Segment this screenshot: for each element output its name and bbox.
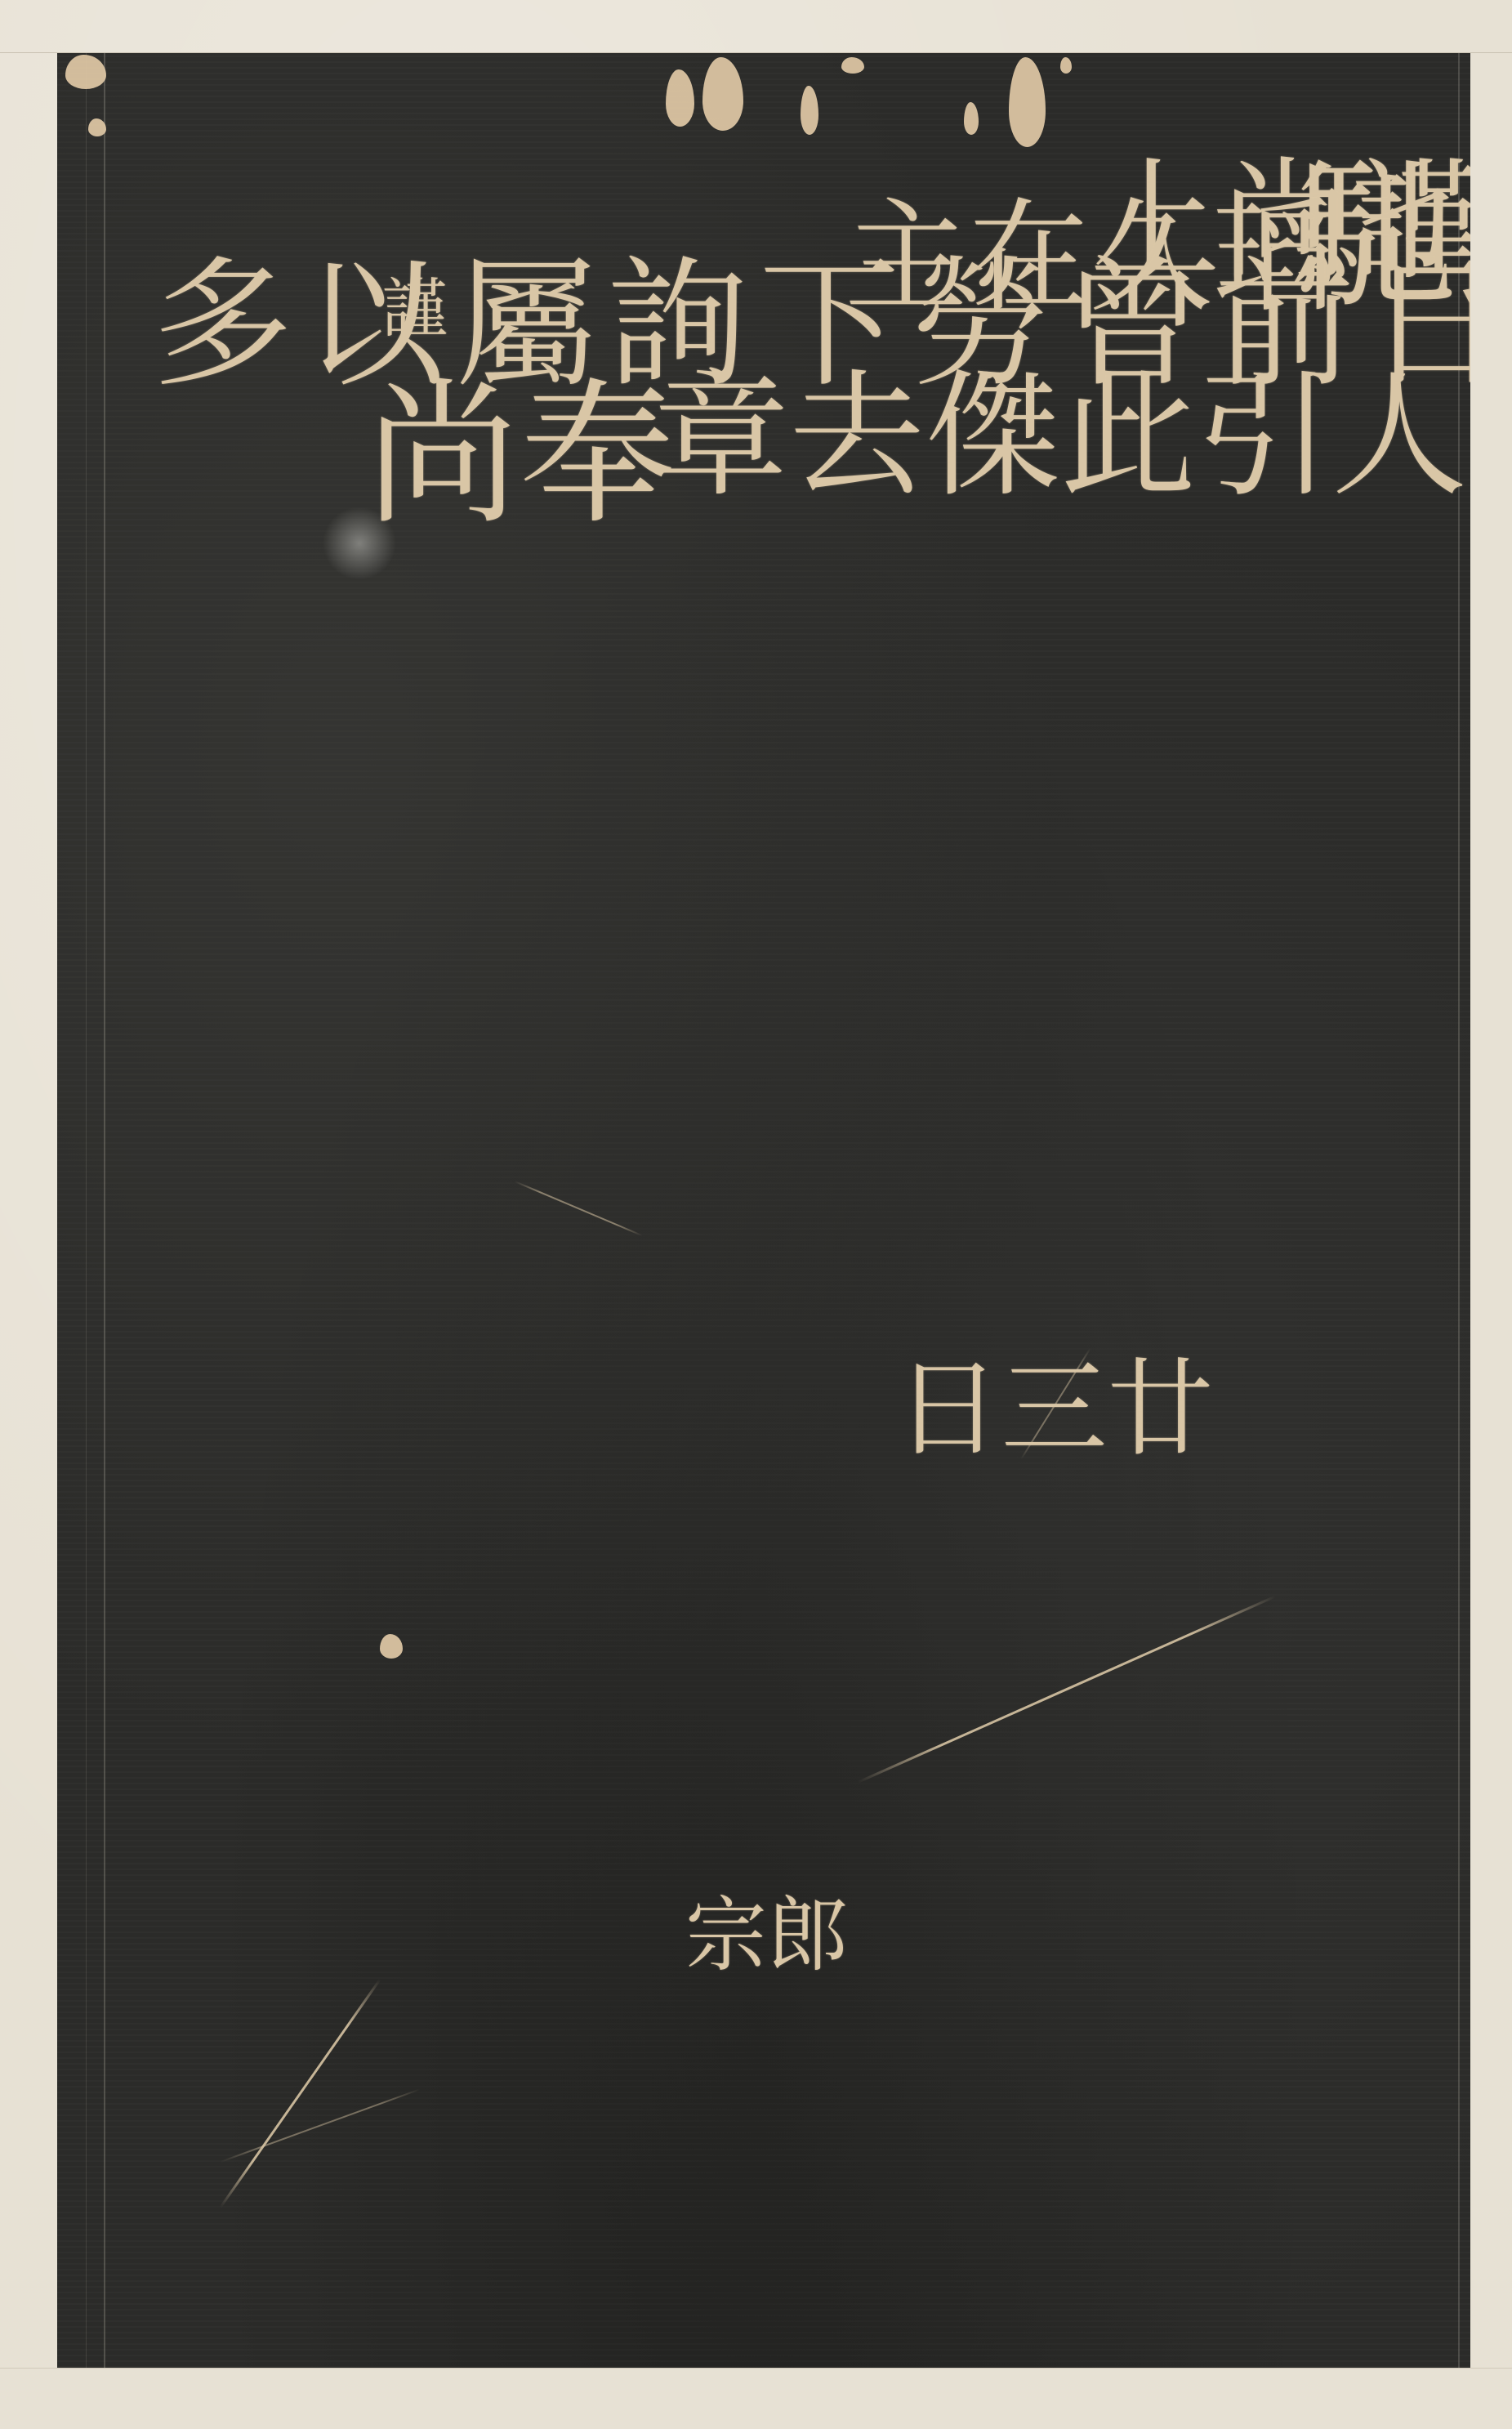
mount-edge-bottom xyxy=(0,2368,1512,2369)
panel-seam-outer xyxy=(86,53,87,2368)
wear-spot xyxy=(666,69,694,127)
wear-spot xyxy=(801,86,818,135)
wear-spot xyxy=(380,1634,403,1659)
character: 曾 xyxy=(1046,249,1198,390)
wear-spot xyxy=(1060,57,1072,74)
text-column-6: 三 君 數 日 前 曾 勞 下 詢 屬 以 多 xyxy=(135,249,1470,390)
date-inscription: 廿 三 日 xyxy=(886,1352,1205,1458)
character: 日 xyxy=(886,1352,992,1458)
stone-crack xyxy=(857,1595,1276,1784)
character: 宗 xyxy=(678,1891,760,1973)
character: 以 xyxy=(287,249,439,390)
character: 奉 xyxy=(506,372,662,527)
character: 日 xyxy=(1349,249,1470,390)
stone-crack xyxy=(221,2088,421,2163)
character: 郎 xyxy=(760,1891,841,1973)
character: 詢 xyxy=(590,249,742,390)
character: 前 xyxy=(1197,249,1349,390)
character: 廿 xyxy=(1099,1352,1205,1458)
wear-spot xyxy=(65,55,106,89)
character: 尚 xyxy=(351,372,506,527)
panel-seam-left xyxy=(104,53,105,2368)
character: 多 xyxy=(135,249,287,390)
wear-spot xyxy=(88,118,106,136)
wear-spot xyxy=(841,57,864,74)
character: 勞 xyxy=(894,249,1046,390)
stone-crack xyxy=(515,1181,643,1236)
character: 屬 xyxy=(439,249,591,390)
ink-rubbing-panel: 少 許 叢 角 容 易 了 謹 此 馳 彌 不 宣 謹 尚 上 瑫 久 在 主 … xyxy=(57,53,1470,2368)
stone-crack xyxy=(220,1979,381,2208)
wear-spot xyxy=(702,57,743,131)
wear-spot xyxy=(1009,57,1046,147)
text-column-5: 奉 尚 xyxy=(351,372,662,527)
character: 三 xyxy=(992,1352,1099,1458)
wear-spot xyxy=(964,102,979,135)
character: 下 xyxy=(742,249,894,390)
text-column-4-tail: 郎 宗 xyxy=(678,1891,841,1973)
